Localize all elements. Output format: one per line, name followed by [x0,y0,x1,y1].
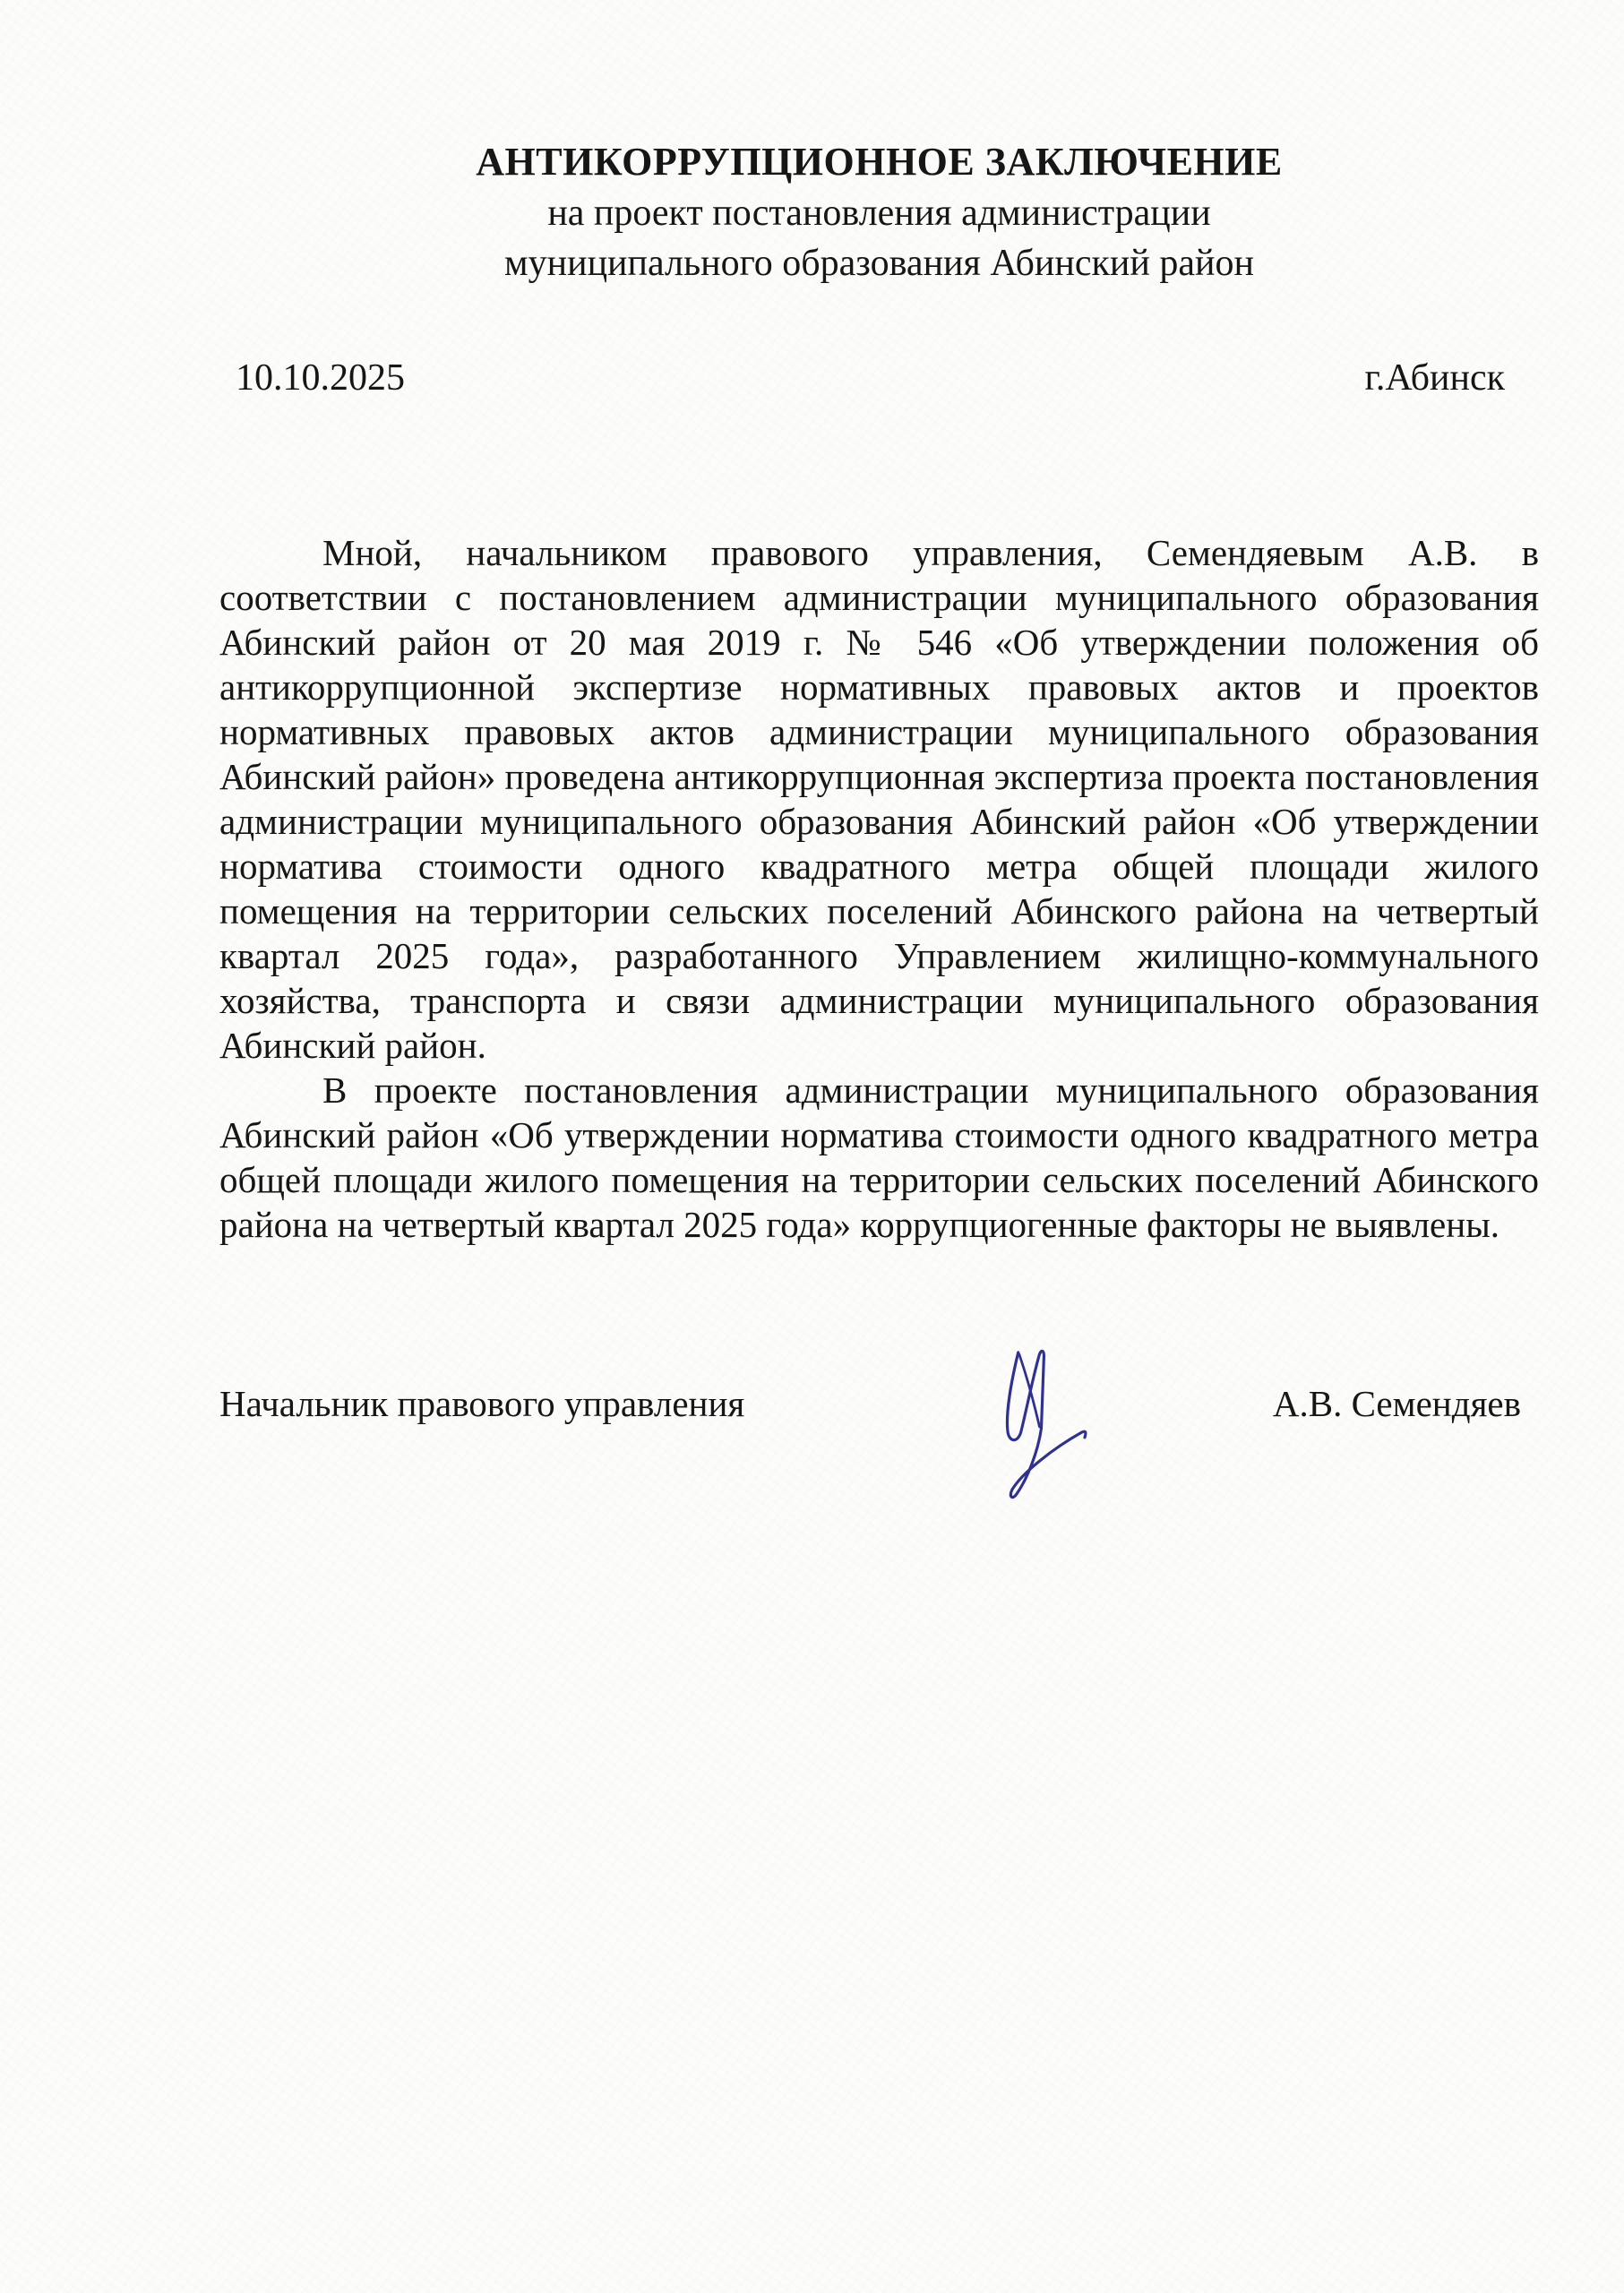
document-date: 10.10.2025 [236,356,405,399]
body-paragraph: В проекте постановления администрации му… [219,1068,1539,1247]
body-paragraph: Мной, начальником правового управления, … [219,530,1539,1068]
signature-row: Начальник правового управления А.В. Семе… [219,1382,1521,1425]
signature-name: А.В. Семендяев [1273,1382,1521,1425]
document-body: Мной, начальником правового управления, … [219,530,1539,1247]
document-subtitle-line-1: на проект постановления администрации [219,188,1539,238]
document-subtitle-line-2: муниципального образования Абинский райо… [219,238,1539,288]
document-page: АНТИКОРРУПЦИОННОЕ ЗАКЛЮЧЕНИЕ на проект п… [0,0,1624,2293]
signature-role: Начальник правового управления [219,1382,744,1425]
document-heading: АНТИКОРРУПЦИОННОЕ ЗАКЛЮЧЕНИЕ на проект п… [219,136,1539,288]
handwritten-signature-svg [981,1342,1096,1510]
signature-stroke [1007,1351,1085,1497]
handwritten-signature [981,1342,1096,1510]
document-title: АНТИКОРРУПЦИОННОЕ ЗАКЛЮЧЕНИЕ [219,136,1539,188]
date-place-row: 10.10.2025 г.Абинск [236,356,1505,399]
document-place: г.Абинск [1364,356,1505,399]
